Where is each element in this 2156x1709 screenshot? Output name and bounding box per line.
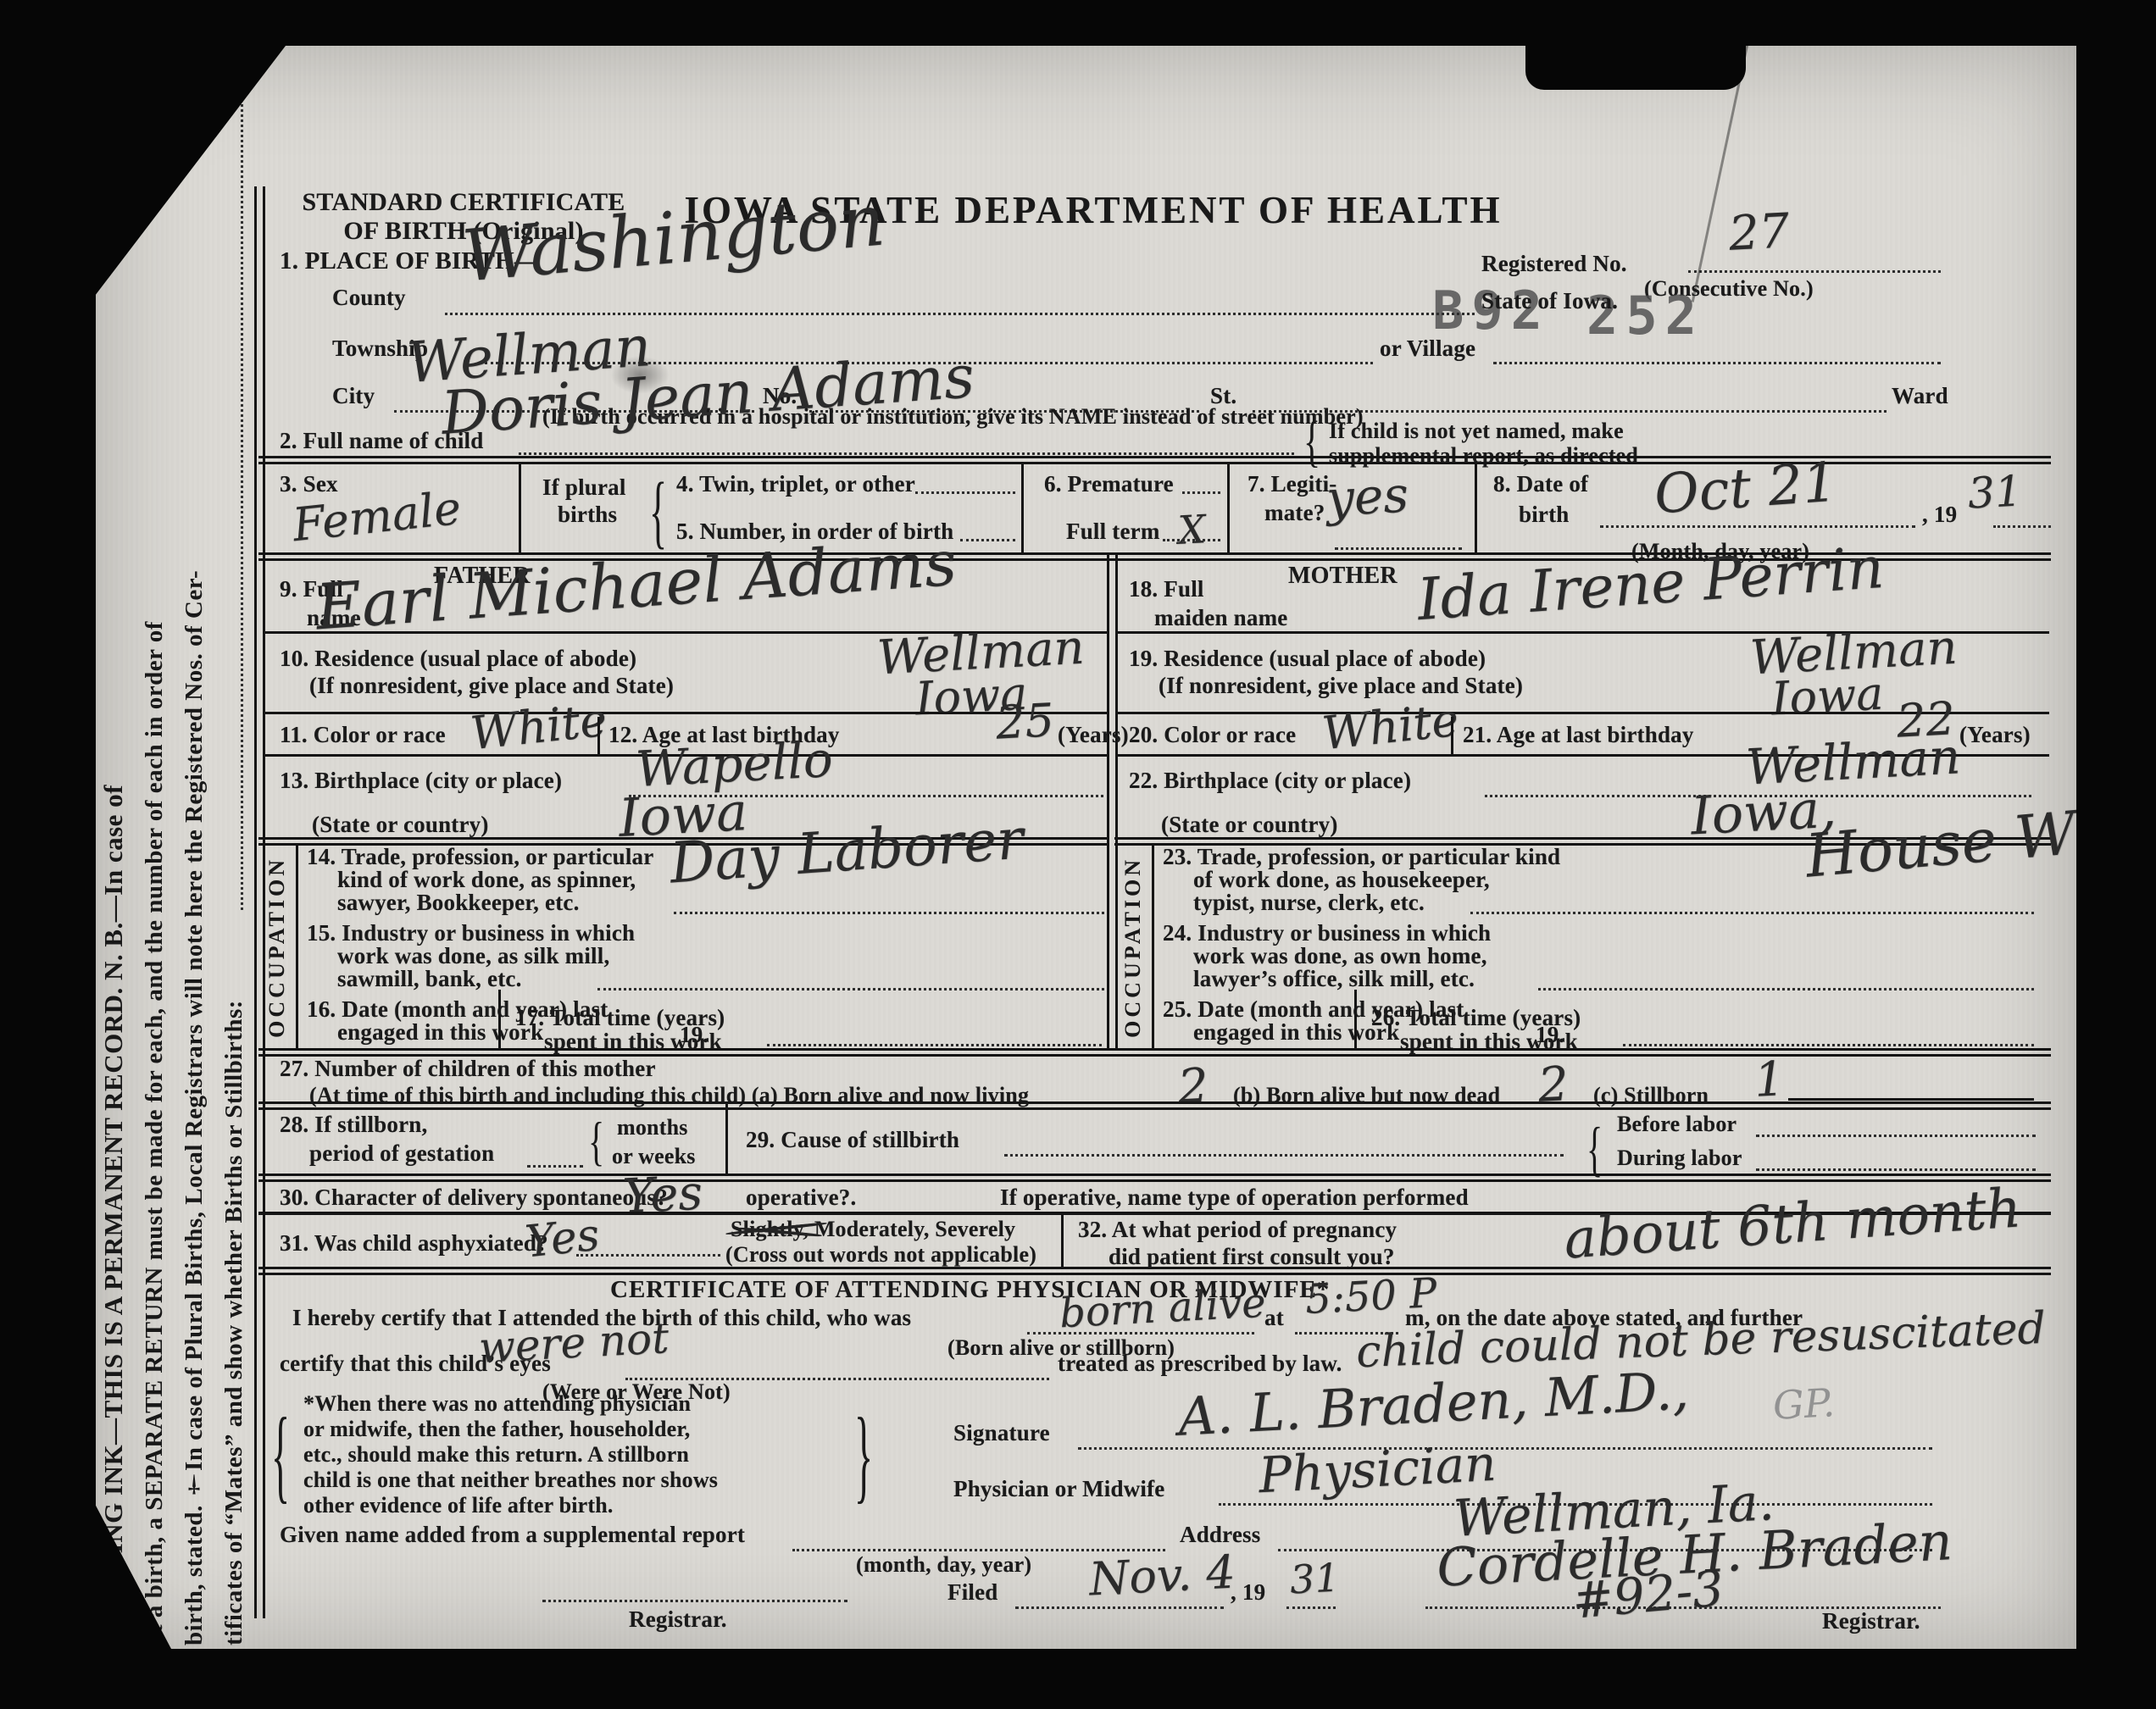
registered-no-line (1688, 269, 1941, 273)
certify-line2-continued: treated as prescribed by law. (1058, 1351, 1342, 1377)
premature-line (1182, 490, 1220, 494)
village-line (1493, 360, 1941, 364)
margin-line-3: birth, stated. †In case of Plural Births… (181, 49, 219, 1645)
registered-no-label: Registered No. (1481, 251, 1627, 277)
footnote-right-brace: } (854, 1394, 873, 1515)
ward-label: Ward (1892, 383, 1948, 409)
father-residence-label-2: (If nonresident, give place and State) (309, 673, 674, 699)
father-total-time-label-1: 17. Total time (years) (515, 1005, 725, 1031)
year-line (1993, 524, 2051, 528)
scan-border-top (0, 0, 2156, 46)
filed-date-handwritten: Nov. 4 (1087, 1545, 1236, 1606)
father-birthplace-label: 13. Birthplace (city or place) (280, 768, 562, 794)
mother-industry-label-3: lawyer’s office, silk mill, etc. (1193, 966, 1475, 992)
signature-label: Signature (953, 1420, 1050, 1446)
father-trade-label-3: sawyer, Bookkeeper, etc. (337, 890, 580, 916)
father-industry-label-3: sawmill, bank, etc. (337, 966, 522, 992)
mother-date-label-2: engaged in this work (1193, 1019, 1399, 1046)
legitimate-line (1335, 546, 1462, 550)
spontaneous-value-handwritten: Yes (621, 1166, 703, 1225)
county-label: County (332, 285, 406, 311)
gestation-line (527, 1163, 583, 1168)
margin-dotted-line (241, 54, 243, 910)
before-labor-label: Before labor (1617, 1112, 1736, 1137)
rule-vertical (1227, 464, 1230, 555)
eyes-value-handwritten: were not (478, 1313, 670, 1373)
twin-line (915, 490, 1015, 494)
cross-out-note: (Cross out words not applicable) (725, 1242, 1036, 1268)
father-date-label-2: engaged in this work (337, 1019, 543, 1046)
plural-brace: { (649, 463, 667, 558)
father-state-label: (State or country) (312, 812, 489, 838)
rule-heavy (258, 1174, 2051, 1182)
during-labor-label: During labor (1617, 1146, 1742, 1171)
if-plural-label-1: If plural (542, 474, 626, 501)
registrar-right-label: Registrar. (1822, 1608, 1920, 1634)
mother-residence-label-2: (If nonresident, give place and State) (1159, 673, 1523, 699)
mother-birthplace-label: 22. Birthplace (city or place) (1129, 768, 1411, 794)
mother-total-time-line (1623, 1042, 2034, 1046)
mother-name-label-1: 18. Full (1129, 576, 1204, 602)
mother-occupation-vertical-label: OCCUPATION (1120, 857, 1146, 1038)
month-day-year-note-2: (month, day, year) (856, 1552, 1031, 1578)
order-line (960, 537, 1015, 541)
father-industry-line (597, 986, 1104, 990)
twin-label: 4. Twin, triplet, or other (676, 471, 915, 497)
if-plural-label-2: births (558, 502, 617, 528)
state-of-iowa-label: State of Iowa. (1481, 288, 1618, 314)
footnote-block: *When there was no attending physician o… (303, 1391, 718, 1518)
scan-border-right (2076, 0, 2156, 1709)
filed-year-19-label: , 19 (1231, 1579, 1265, 1606)
mother-industry-line (1538, 986, 2034, 990)
scan-blob-artifact (1525, 46, 1746, 90)
footnote-left-brace: { (271, 1394, 290, 1515)
asphyxiated-label: 31. Was child asphyxiated? (280, 1230, 548, 1257)
father-race-label: 11. Color or race (280, 722, 446, 748)
supplemental-report-label: Given name added from a supplemental rep… (280, 1522, 745, 1548)
footnote-line-2: or midwife, then the father, householder… (303, 1417, 718, 1442)
footnote-line-3: etc., should make this return. A stillbo… (303, 1442, 718, 1468)
scan-border-bottom (0, 1649, 2156, 1709)
date-of-birth-line (1600, 524, 1915, 528)
filed-year-value-handwritten: 31 (1289, 1555, 1341, 1603)
months-weeks-brace: { (588, 1109, 604, 1173)
rule-vertical (1451, 717, 1453, 754)
ink-blot (610, 356, 670, 394)
child-name-line (519, 451, 1294, 455)
premature-label: 6. Premature (1044, 471, 1174, 497)
registrar-left-label: Registrar. (629, 1606, 727, 1633)
during-labor-line (1756, 1167, 2036, 1171)
mother-state-label: (State or country) (1161, 812, 1338, 838)
rule-vertical (498, 990, 501, 1051)
year-19-label: , 19 (1922, 502, 1957, 528)
filed-line (1015, 1605, 1224, 1609)
at-label: at (1264, 1305, 1284, 1331)
before-labor-line (1756, 1133, 2036, 1137)
footnote-line-4: child is one that neither breathes nor s… (303, 1468, 718, 1493)
physician-or-midwife-label: Physician or Midwife (953, 1476, 1165, 1502)
cause-of-stillbirth-label: 29. Cause of stillbirth (746, 1127, 959, 1153)
full-term-value-handwritten: X (1177, 506, 1208, 553)
left-margin-notes: UNFADING INK—THIS IS A PERMANENT RECORD.… (98, 49, 258, 1645)
registrar-left-line (542, 1598, 847, 1602)
scan-border-left (0, 0, 96, 1709)
rule-vertical (1061, 1215, 1064, 1269)
mother-race-label: 20. Color or race (1129, 722, 1296, 748)
father-total-time-line (767, 1042, 1102, 1046)
mother-years-label: (Years) (1959, 722, 2031, 748)
operation-performed-label: If operative, name type of operation per… (1000, 1185, 1469, 1211)
pregnancy-period-label-1: 32. At what period of pregnancy (1078, 1217, 1397, 1243)
child-note-line1: If child is not yet named, make (1329, 419, 1638, 443)
father-occupation-vertical-label: OCCUPATION (264, 857, 290, 1038)
date-of-birth-label-1: 8. Date of (1493, 471, 1588, 497)
margin-line-4: tificates of “Mates” and show whether Bi… (220, 49, 258, 1645)
rule-single (263, 712, 1107, 714)
mother-total-time-label-1: 26. Total time (years) (1371, 1005, 1581, 1031)
legitimate-value-handwritten: yes (1325, 466, 1409, 528)
cause-of-stillbirth-line (1004, 1152, 1564, 1157)
mother-residence-state-handwritten: Iowa (1770, 667, 1884, 726)
mother-occupation-strip: OCCUPATION (1114, 844, 1154, 1051)
full-term-label: Full term (1066, 519, 1160, 545)
city-label: City (332, 383, 375, 409)
if-stillborn-label-2: period of gestation (309, 1140, 494, 1167)
operative-label: operative?. (746, 1185, 856, 1211)
months-label: months (617, 1115, 688, 1140)
filed-label: Filed (947, 1579, 998, 1606)
year-value-handwritten: 31 (1967, 466, 2024, 518)
legitimate-label-2: mate? (1264, 500, 1325, 526)
sex-label: 3. Sex (280, 471, 338, 497)
margin-line-1: UNFADING INK—THIS IS A PERMANENT RECORD.… (98, 49, 139, 1645)
rule-vertical (1354, 990, 1357, 1051)
scanned-birth-certificate: UNFADING INK—THIS IS A PERMANENT RECORD.… (0, 0, 2156, 1709)
child-note-brace: { (1303, 410, 1320, 475)
or-village-label: or Village (1380, 336, 1475, 362)
stillborn-count-value-handwritten: 1 (1753, 1051, 1786, 1108)
legitimate-label-1: 7. Legiti- (1247, 471, 1336, 497)
address-label: Address (1180, 1522, 1260, 1548)
father-occupation-strip: OCCUPATION (258, 844, 298, 1051)
mother-residence-label-1: 19. Residence (usual place of abode) (1129, 646, 1486, 672)
children-count-label-1: 27. Number of children of this mother (280, 1056, 656, 1082)
father-years-label: (Years) (1058, 722, 1129, 748)
rule-vertical (597, 717, 600, 754)
or-weeks-label: or weeks (612, 1144, 696, 1169)
father-age-value-handwritten: 25 (994, 693, 1055, 750)
footnote-line-5: other evidence of life after birth. (303, 1493, 718, 1518)
rule-vertical (1475, 464, 1477, 555)
mother-section-header: MOTHER (1288, 563, 1398, 590)
pencil-gp-annotation: GP. (1772, 1379, 1836, 1429)
footnote-line-1: *When there was no attending physician (303, 1391, 718, 1417)
mother-age-label: 21. Age at last birthday (1463, 722, 1694, 748)
rule-heavy (258, 1101, 2051, 1110)
date-of-birth-label-2: birth (1519, 502, 1570, 528)
delivery-character-label: 30. Character of delivery spontaneous? (280, 1185, 668, 1211)
father-trade-line (674, 910, 1104, 914)
mother-trade-line (1470, 910, 2034, 914)
mother-trade-label-3: typist, nurse, clerk, etc. (1193, 890, 1425, 916)
rule-vertical (519, 464, 521, 555)
rule-heavy (258, 1267, 2051, 1275)
date-of-birth-value-handwritten: Oct 21 (1653, 452, 1839, 527)
county-line (445, 311, 1475, 315)
rule-vertical (725, 1104, 728, 1176)
filed-year-line (1286, 1605, 1336, 1609)
registered-no-value-handwritten: 27 (1727, 203, 1791, 262)
margin-line-2: at a birth, a SEPARATE RETURN must be ma… (141, 49, 179, 1645)
father-residence-label-1: 10. Residence (usual place of abode) (280, 646, 636, 672)
asphyxiated-value-handwritten: Yes (523, 1210, 602, 1268)
rule-vertical (1021, 464, 1024, 555)
mother-name-label-2: maiden name (1154, 605, 1287, 631)
rule-single (1788, 1098, 2034, 1101)
if-stillborn-label-1: 28. If stillborn, (280, 1112, 427, 1138)
